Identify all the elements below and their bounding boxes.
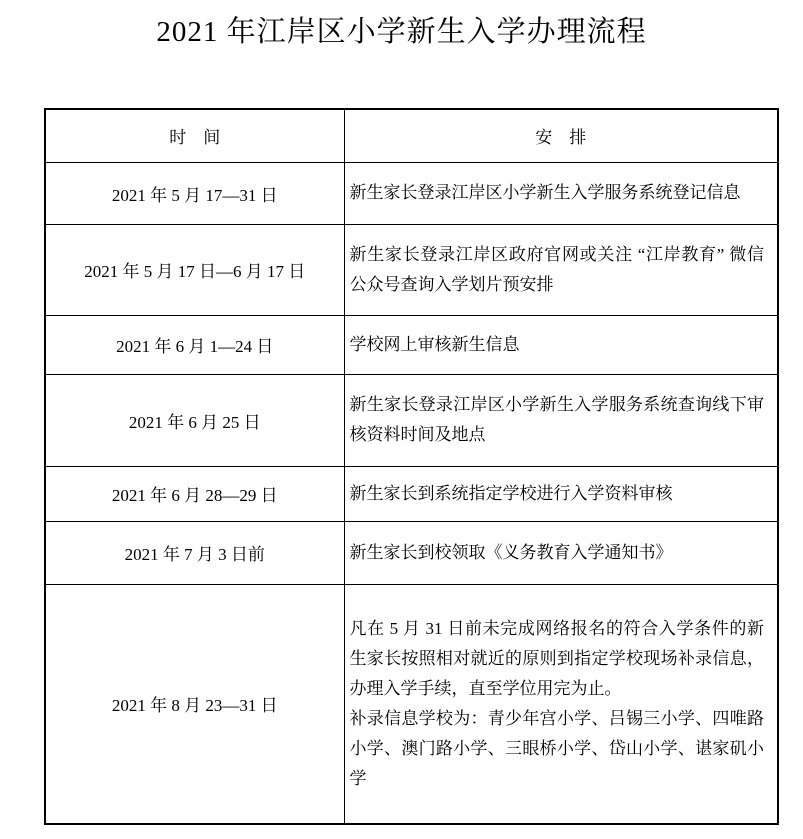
page-title: 2021 年江岸区小学新生入学办理流程 <box>0 0 803 50</box>
time-cell: 2021 年 8 月 23—31 日 <box>45 584 344 824</box>
arrangement-cell: 新生家长登录江岸区小学新生入学服务系统登记信息 <box>344 162 778 224</box>
arrangement-cell: 学校网上审核新生信息 <box>344 315 778 374</box>
table-row: 2021 年 6 月 1—24 日学校网上审核新生信息 <box>45 315 778 374</box>
arrangement-cell: 新生家长登录江岸区小学新生入学服务系统查询线下审核资料时间及地点 <box>344 374 778 466</box>
column-header-time: 时 间 <box>45 109 344 162</box>
table-row: 2021 年 8 月 23—31 日凡在 5 月 31 日前未完成网络报名的符合… <box>45 584 778 824</box>
schedule-table: 时 间 安 排 2021 年 5 月 17—31 日新生家长登录江岸区小学新生入… <box>44 108 779 825</box>
arrangement-paragraph: 新生家长到校领取《义务教育入学通知书》 <box>350 538 765 568</box>
arrangement-paragraph: 学校网上审核新生信息 <box>350 330 765 360</box>
time-cell: 2021 年 6 月 1—24 日 <box>45 315 344 374</box>
arrangement-paragraph: 新生家长登录江岸区小学新生入学服务系统查询线下审核资料时间及地点 <box>350 390 765 450</box>
time-cell: 2021 年 7 月 3 日前 <box>45 521 344 584</box>
table-row: 2021 年 5 月 17 日—6 月 17 日新生家长登录江岸区政府官网或关注… <box>45 224 778 315</box>
arrangement-paragraph: 补录信息学校为：青少年宫小学、吕锡三小学、四唯路小学、澳门路小学、三眼桥小学、岱… <box>350 704 765 794</box>
document-page: 2021 年江岸区小学新生入学办理流程 时 间 安 排 2021 年 5 月 1… <box>0 0 803 839</box>
table-row: 2021 年 7 月 3 日前新生家长到校领取《义务教育入学通知书》 <box>45 521 778 584</box>
table-row: 2021 年 6 月 28—29 日新生家长到系统指定学校进行入学资料审核 <box>45 466 778 521</box>
table-row: 2021 年 6 月 25 日新生家长登录江岸区小学新生入学服务系统查询线下审核… <box>45 374 778 466</box>
arrangement-cell: 新生家长到系统指定学校进行入学资料审核 <box>344 466 778 521</box>
time-cell: 2021 年 6 月 28—29 日 <box>45 466 344 521</box>
arrangement-cell: 新生家长到校领取《义务教育入学通知书》 <box>344 521 778 584</box>
time-cell: 2021 年 6 月 25 日 <box>45 374 344 466</box>
time-cell: 2021 年 5 月 17 日—6 月 17 日 <box>45 224 344 315</box>
arrangement-cell: 凡在 5 月 31 日前未完成网络报名的符合入学条件的新生家长按照相对就近的原则… <box>344 584 778 824</box>
table-header-row: 时 间 安 排 <box>45 109 778 162</box>
arrangement-paragraph: 新生家长到系统指定学校进行入学资料审核 <box>350 479 765 509</box>
table-row: 2021 年 5 月 17—31 日新生家长登录江岸区小学新生入学服务系统登记信… <box>45 162 778 224</box>
column-header-arrangement: 安 排 <box>344 109 778 162</box>
arrangement-paragraph: 新生家长登录江岸区小学新生入学服务系统登记信息 <box>350 178 765 208</box>
arrangement-paragraph: 凡在 5 月 31 日前未完成网络报名的符合入学条件的新生家长按照相对就近的原则… <box>350 614 765 704</box>
arrangement-cell: 新生家长登录江岸区政府官网或关注 “江岸教育” 微信公众号查询入学划片预安排 <box>344 224 778 315</box>
arrangement-paragraph: 新生家长登录江岸区政府官网或关注 “江岸教育” 微信公众号查询入学划片预安排 <box>350 240 765 300</box>
time-cell: 2021 年 5 月 17—31 日 <box>45 162 344 224</box>
